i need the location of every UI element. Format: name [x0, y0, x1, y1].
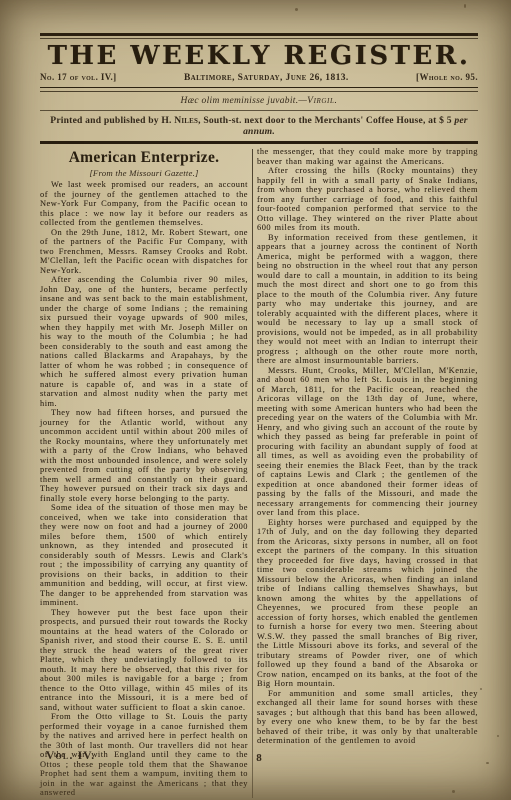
newspaper-title: THE WEEKLY REGISTER. [40, 42, 478, 70]
paper-speck [480, 688, 482, 690]
page-number: 8 [256, 752, 262, 764]
article-source: [From the Missouri Gazette.] [40, 168, 248, 178]
dateline-rule [40, 87, 478, 92]
article-paragraph: They however put the best face upon thei… [40, 608, 248, 713]
article-title: American Enterprize. [40, 149, 248, 167]
motto-rule [40, 110, 478, 111]
dateline: Baltimore, Saturday, June 26, 1813. [184, 73, 349, 83]
masthead: THE WEEKLY REGISTER. No. 17 of vol. IV.]… [40, 33, 478, 144]
page-footer: Vol. IV. 8 [40, 750, 478, 766]
article-paragraph: We last week promised our readers, an ac… [40, 180, 248, 228]
article-paragraph: Messrs. Hunt, Crooks, Miller, M'Clellan,… [257, 366, 478, 518]
whole-number: [Whole no. 95. [416, 72, 478, 82]
paper-speck [452, 790, 455, 793]
article-paragraph: Some idea of the situation of those men … [40, 503, 248, 608]
article-paragraph: After ascending the Columbia river 90 mi… [40, 275, 248, 408]
article-paragraph: the messenger, that they could make more… [257, 147, 478, 166]
issue-number: No. 17 of vol. IV.] [40, 72, 117, 82]
newspaper-page: THE WEEKLY REGISTER. No. 17 of vol. IV.]… [0, 0, 511, 800]
issue-row: No. 17 of vol. IV.] Baltimore, Saturday,… [40, 72, 478, 83]
left-column-text: We last week promised our readers, an ac… [40, 180, 248, 798]
imprint-text-pre: Printed and published by H. [50, 115, 174, 126]
left-column: American Enterprize. [From the Missouri … [40, 147, 248, 798]
printed-area: THE WEEKLY REGISTER. No. 17 of vol. IV.]… [40, 33, 478, 798]
publisher-name: Niles [174, 115, 198, 126]
right-column-text: the messenger, that they could make more… [257, 147, 478, 746]
masthead-bottom-rule [40, 141, 478, 144]
volume-label: Vol. IV. [46, 750, 95, 762]
right-column: the messenger, that they could make more… [257, 147, 478, 798]
imprint-line: Printed and published by H. Niles, South… [40, 115, 478, 137]
paper-speck [295, 8, 298, 11]
article-paragraph: After crossing the hills (Rocky mountain… [257, 166, 478, 233]
paper-speck [497, 735, 499, 737]
imprint-text-mid: , South-st. next door to the Merchants' … [198, 115, 454, 126]
article-paragraph: On the 29th June, 1812, Mr. Robert Stewa… [40, 228, 248, 276]
article-paragraph: By information received from these gentl… [257, 233, 478, 366]
motto-author: Virgil. [307, 96, 337, 106]
column-divider [252, 149, 253, 798]
motto-text: Hæc olim meminisse juvabit.— [181, 96, 308, 106]
article-body: American Enterprize. [From the Missouri … [40, 147, 478, 798]
motto: Hæc olim meminisse juvabit.—Virgil. [40, 96, 478, 106]
article-paragraph: Eighty horses were purchased and equippe… [257, 518, 478, 689]
masthead-top-rule [40, 33, 478, 39]
paper-speck [464, 4, 466, 8]
paper-speck [486, 762, 489, 764]
article-paragraph: For ammunition and some small articles, … [257, 689, 478, 746]
article-paragraph: They now had fifteen horses, and pursued… [40, 408, 248, 503]
